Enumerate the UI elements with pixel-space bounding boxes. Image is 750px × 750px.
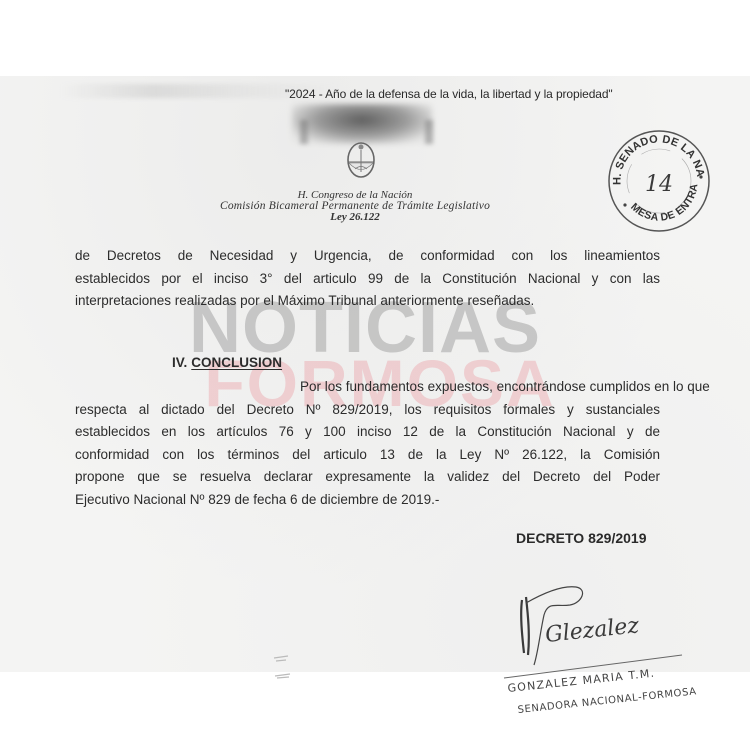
text-line: respecta al dictado del Decreto Nº 829/2… [75,399,660,422]
text-line: establecidos en los artículos 76 y 100 i… [75,421,660,444]
paragraph-conclusion: Por los fundamentos expuestos, encontrán… [75,376,660,511]
stamp-handwritten-number: 14 [645,172,673,197]
text-line: establecidos por el inciso 3° del articu… [75,268,660,291]
text-line: conformidad con los términos del articul… [75,444,660,467]
redaction-blur-edge [300,120,308,144]
paragraph-dnu-interpretation: de Decretos de Necesidad y Urgencia, de … [75,245,660,313]
signer-name: GONZALEZ MARIA T.M. [507,667,656,695]
letterhead-law: Ley 26.122 [190,212,520,223]
scan-artifact-marks [270,652,300,682]
text-line: de Decretos de Necesidad y Urgencia, de … [75,245,660,268]
scanned-document-view: "2024 - Año de la defensa de la vida, la… [0,0,750,750]
text-line: Ejecutivo Nacional Nº 829 de fecha 6 de … [75,489,660,512]
decree-reference: DECRETO 829/2019 [516,530,646,546]
section-title: CONCLUSION [191,355,282,370]
section-heading: IV.CONCLUSION [172,355,282,370]
national-coat-of-arms-icon [344,136,378,180]
redaction-blur-edge [425,120,433,144]
handwritten-signature: Glezalez GONZALEZ MARIA T.M. SENADORA NA… [490,575,750,725]
year-motto: "2024 - Año de la defensa de la vida, la… [285,87,613,101]
section-number: IV. [172,355,187,370]
senate-reception-stamp: H. SENADO DE LA NACION MESA DE ENTRADAS … [603,125,715,237]
signature-scrawl: Glezalez [544,613,640,648]
text-line: propone que se resuelva declarar expresa… [75,466,660,489]
text-line: Por los fundamentos expuestos, encontrán… [75,376,660,399]
letterhead: H. Congreso de la Nación Comisión Bicame… [190,190,520,223]
text-line: interpretaciones realizadas por el Máxim… [75,290,660,313]
